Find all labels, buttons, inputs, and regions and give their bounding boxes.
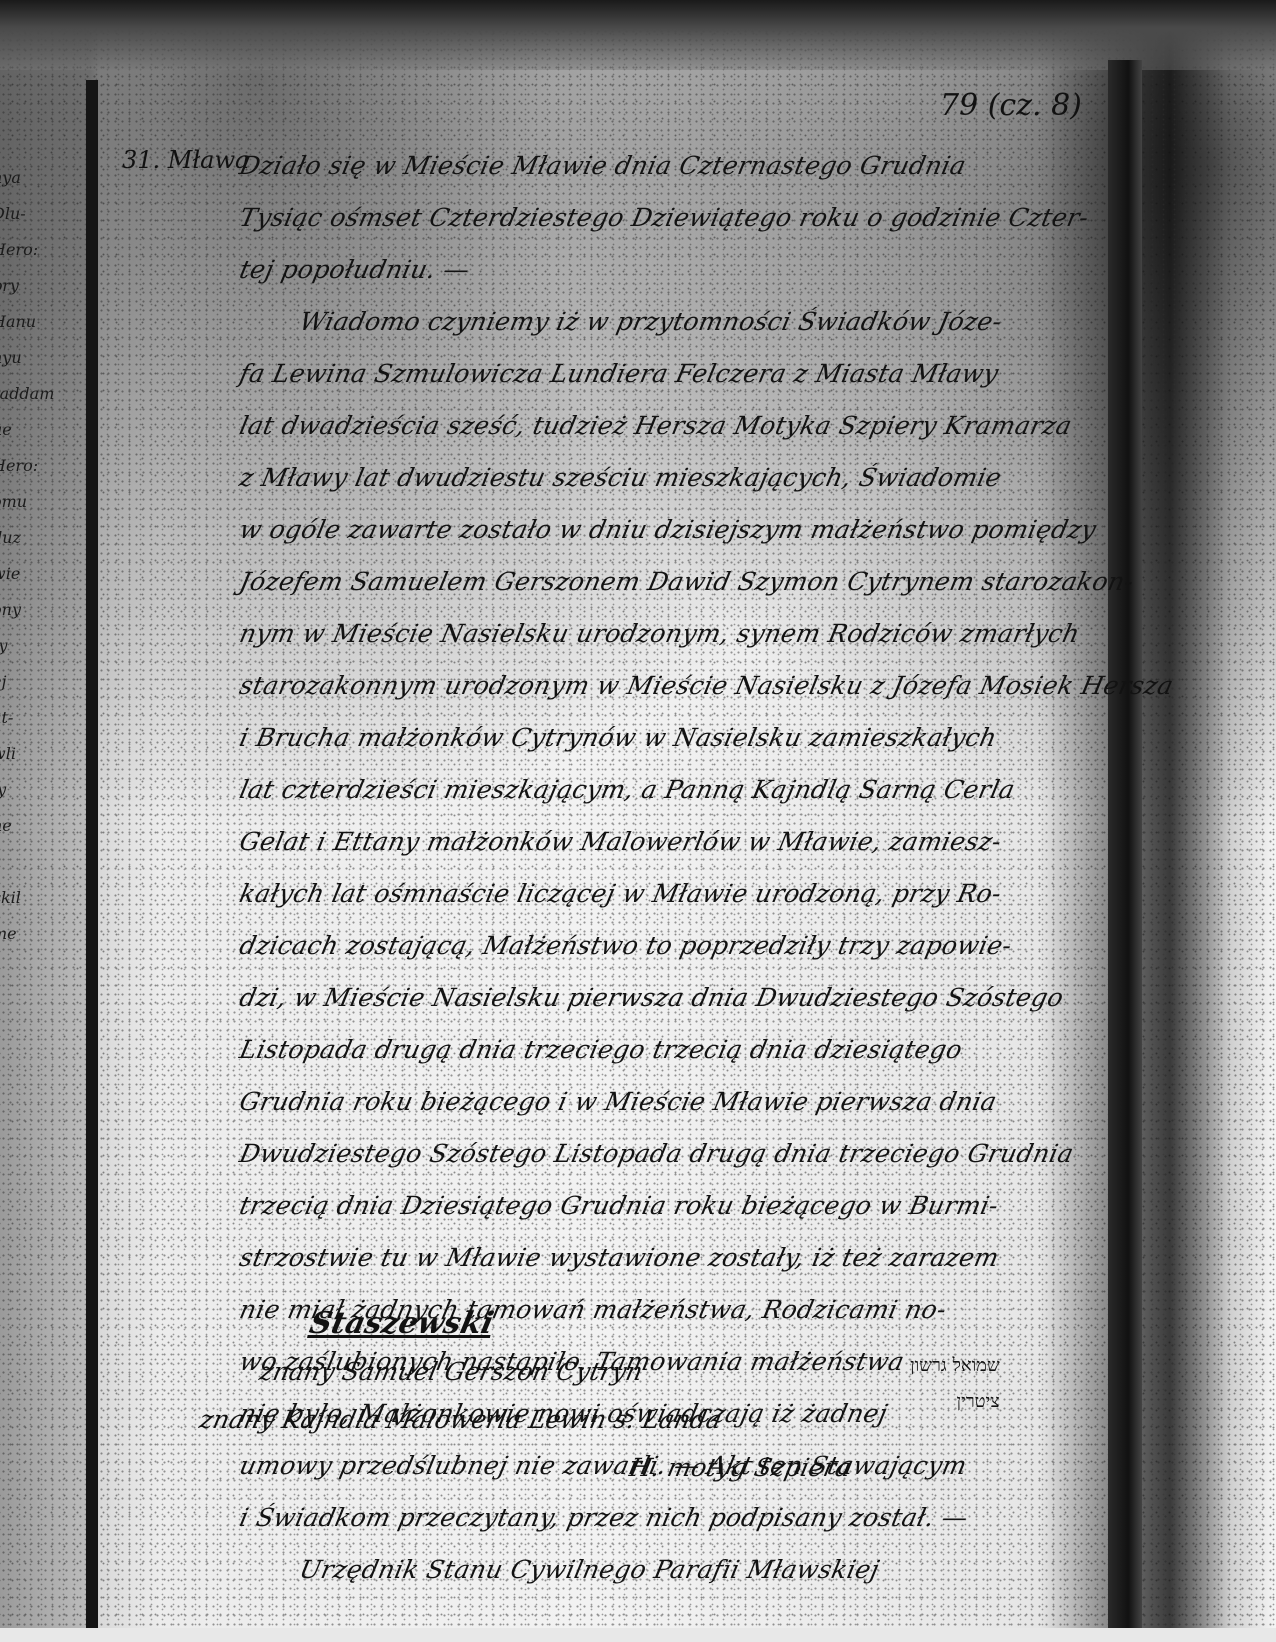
- record-line: Tysiąc ośmset Czterdziestego Dziewiątego…: [234, 192, 1105, 244]
- left-page-word: raddam: [0, 376, 80, 412]
- left-page-word: omu: [0, 484, 80, 520]
- record-line: fa Lewina Szmulowicza Lundiera Felczera …: [234, 348, 1105, 400]
- left-page-word: Hero:: [0, 448, 80, 484]
- left-page-word: s: [0, 952, 80, 988]
- signature-line: Staszewski: [195, 1300, 1005, 1348]
- left-page-word: wli: [0, 736, 80, 772]
- signature-block: Staszewskiznany Samuel Gerszon Cytrynzna…: [200, 1300, 1000, 1492]
- left-page-word: r: [0, 844, 80, 880]
- left-page-word: wie: [0, 556, 80, 592]
- left-page-word: duz: [0, 520, 80, 556]
- left-page-word: Hero:: [0, 232, 80, 268]
- record-line: starozakonnym urodzonym w Mieście Nasiel…: [234, 660, 1105, 712]
- left-page-word: Dlu-: [0, 196, 80, 232]
- binding-spine: [86, 80, 98, 1642]
- record-line: Urzędnik Stanu Cywilnego Parafii Mławski…: [234, 1544, 1105, 1596]
- record-line: i Brucha małżonków Cytrynów w Nasielsku …: [234, 712, 1105, 764]
- record-line: dzi, w Mieście Nasielsku pierwsza dnia D…: [234, 972, 1105, 1024]
- record-line: dzicach zostającą, Małżeństwo to poprzed…: [234, 920, 1105, 972]
- record-line: z Mławy lat dwudziestu sześciu mieszkają…: [234, 452, 1105, 504]
- record-line: nym w Mieście Nasielsku urodzonym, synem…: [234, 608, 1105, 660]
- signature-line: H. motyg Szpiera: [195, 1444, 1005, 1492]
- left-page-word: at-: [0, 700, 80, 736]
- left-page-word: ony: [0, 592, 80, 628]
- record-line: w ogóle zawarte zostało w dniu dzisiejsz…: [234, 504, 1105, 556]
- record-line: i Świadkom przeczytany, przez nich podpi…: [234, 1492, 1105, 1544]
- record-line: Działo się w Mieście Mławie dnia Czterna…: [234, 140, 1105, 192]
- record-line: lat dwadzieścia sześć, tudzież Hersza Mo…: [234, 400, 1105, 452]
- top-shadow-band: [0, 0, 1276, 70]
- left-page-word: Hanu: [0, 304, 80, 340]
- left-page-fragment: nyaDlu-Hero:pryHanunyuraddamueHero:omudu…: [0, 160, 80, 1560]
- record-line: Dwudziestego Szóstego Listopada drugą dn…: [234, 1128, 1105, 1180]
- left-page-word: ckil: [0, 880, 80, 916]
- left-page-word: ty: [0, 628, 80, 664]
- record-line: Wiadomo czyniemy iż w przytomności Świad…: [234, 296, 1105, 348]
- left-page-word: nya: [0, 160, 80, 196]
- left-page-word: nyu: [0, 340, 80, 376]
- record-line: tej popołudniu. —: [234, 244, 1105, 296]
- left-page-word: ue: [0, 412, 80, 448]
- scan-bottom-margin: [0, 1628, 1276, 1642]
- record-line: Grudnia roku bieżącego i w Mieście Mławi…: [234, 1076, 1105, 1128]
- record-line: kałych lat ośmnaście liczącej w Mławie u…: [234, 868, 1105, 920]
- page-right-edge: [1108, 60, 1142, 1642]
- left-page-word: me: [0, 916, 80, 952]
- record-line: Józefem Samuelem Gerszonem Dawid Szymon …: [234, 556, 1105, 608]
- signature-line: znany Kajndla Malowerla Lewin s. Landa: [195, 1396, 1005, 1444]
- record-line: Listopada drugą dnia trzeciego trzecią d…: [234, 1024, 1105, 1076]
- margin-entry: 31. Mława: [122, 146, 249, 174]
- left-page-word: pry: [0, 268, 80, 304]
- record-line: trzecią dnia Dziesiątego Grudnia roku bi…: [234, 1180, 1105, 1232]
- record-line: Gelat i Ettany małżonków Malowerlów w Mł…: [234, 816, 1105, 868]
- folio-number: 79 (cz. 8): [940, 88, 1082, 123]
- record-line: lat czterdzieści mieszkającym, a Panną K…: [234, 764, 1105, 816]
- signature-line: znany Samuel Gerszon Cytryn: [195, 1348, 1005, 1396]
- left-page-word: ly: [0, 772, 80, 808]
- left-page-word: ej: [0, 664, 80, 700]
- record-line: strzostwie tu w Mławie wystawione został…: [234, 1232, 1105, 1284]
- left-page-word: ne: [0, 808, 80, 844]
